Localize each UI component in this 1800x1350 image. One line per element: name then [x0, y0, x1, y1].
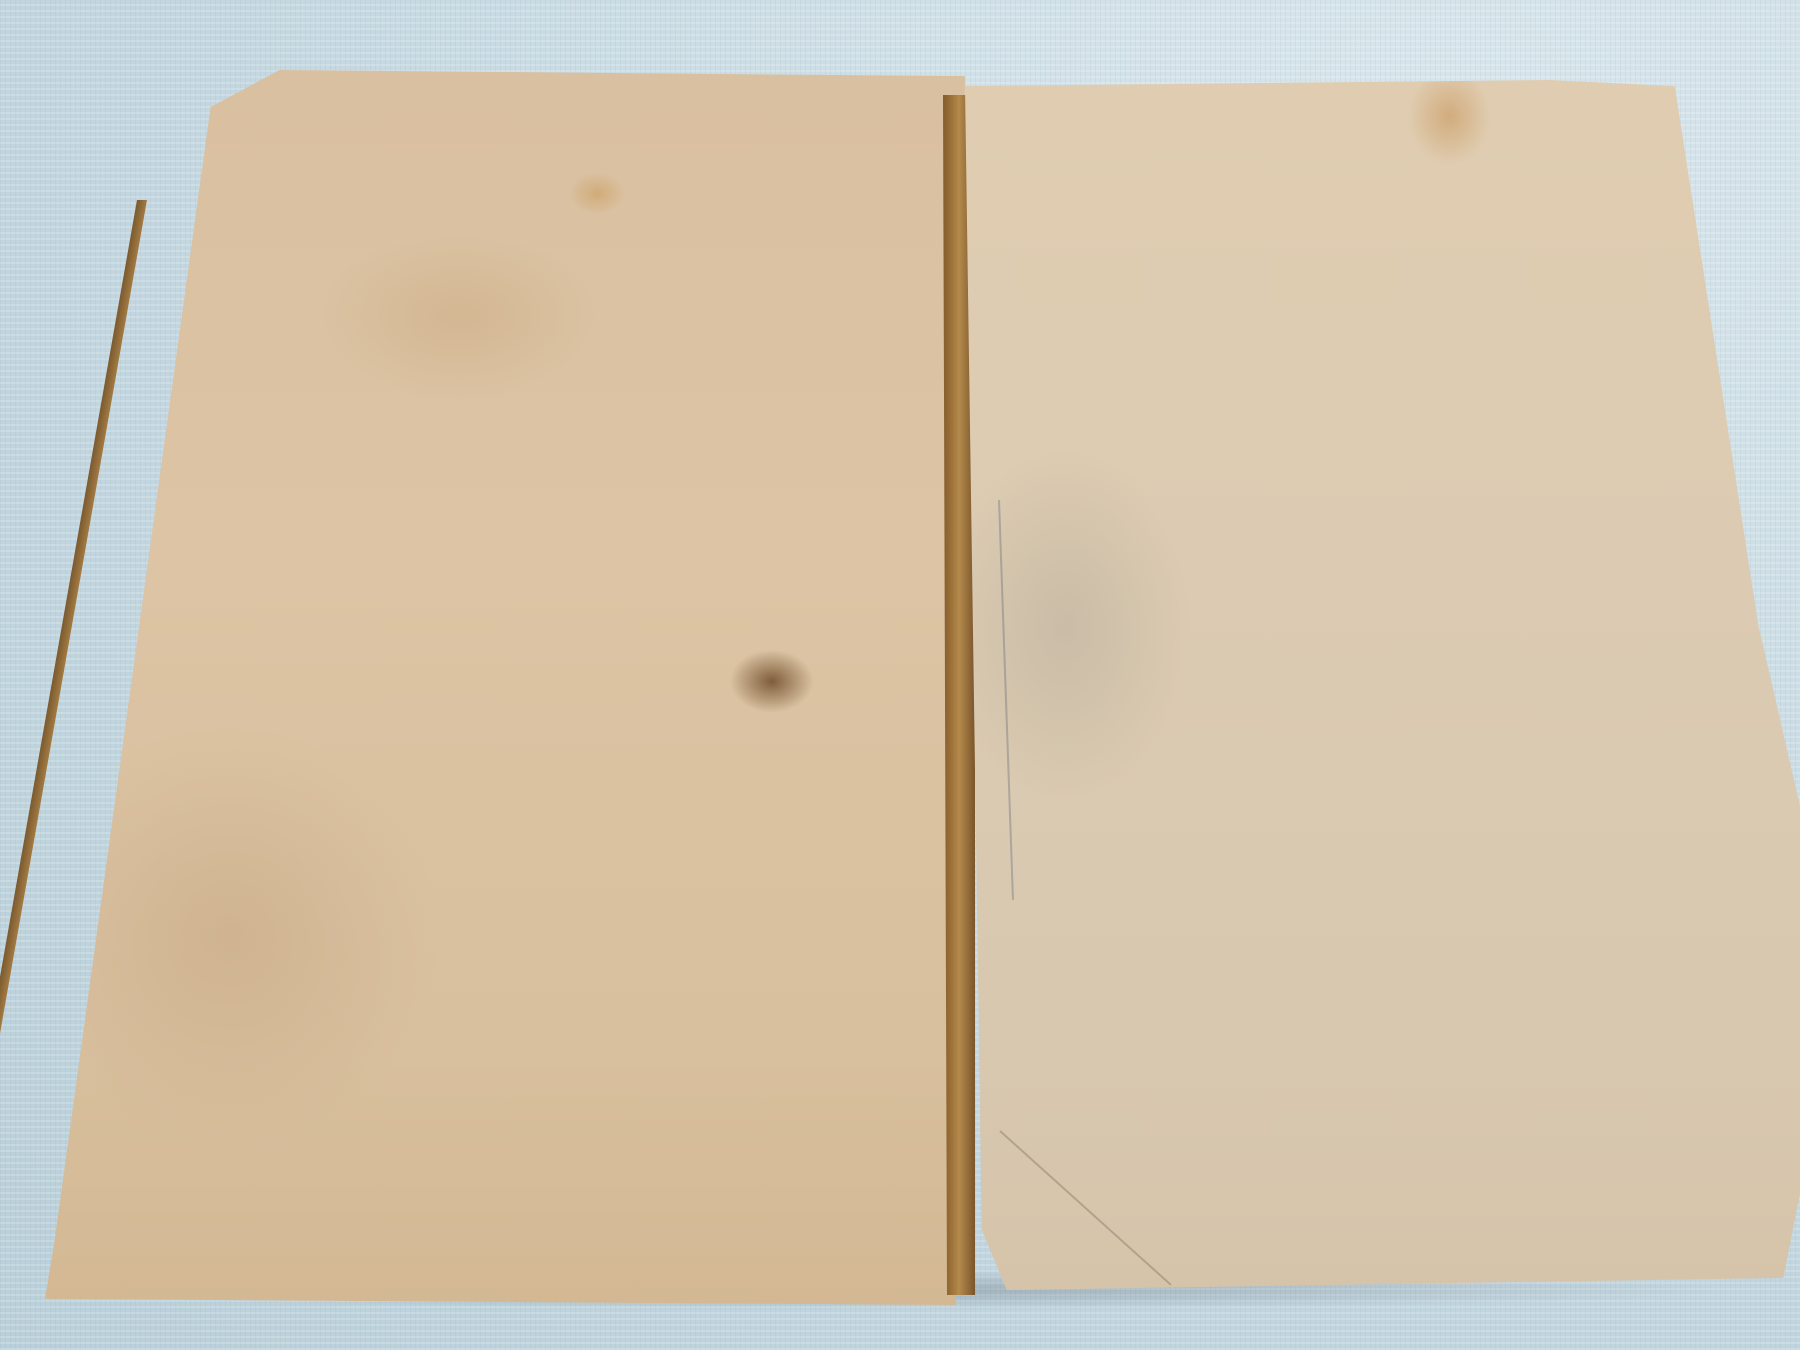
- book-back-cover: [45, 70, 965, 1305]
- photo-scene: [0, 0, 1800, 1350]
- book-front-cover: [965, 80, 1800, 1290]
